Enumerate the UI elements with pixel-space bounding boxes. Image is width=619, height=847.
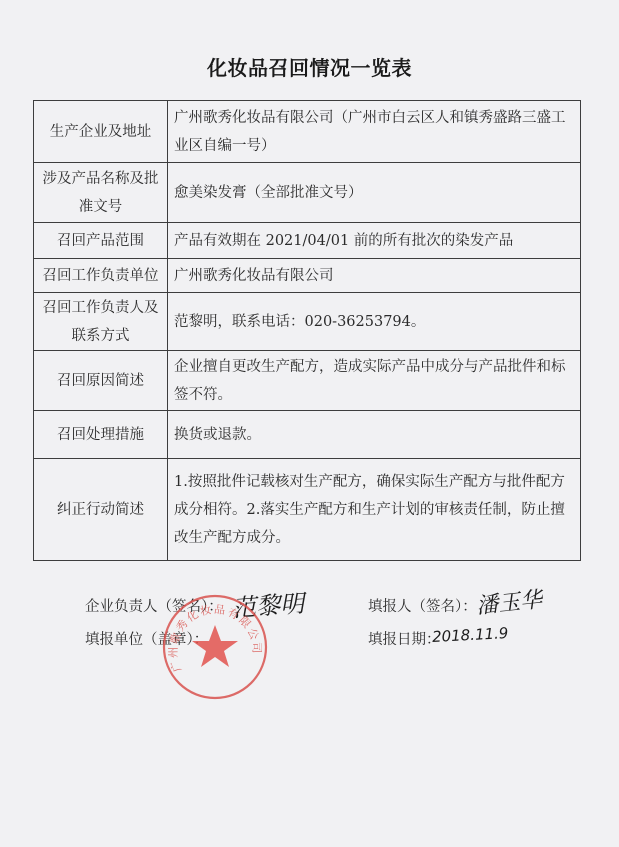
row-value: 愈美染发膏（全部批准文号） bbox=[168, 163, 581, 223]
row-value: 企业擅自更改生产配方，造成实际产品中成分与产品批件和标签不符。 bbox=[168, 351, 581, 411]
row-label: 召回工作负责人及联系方式 bbox=[34, 293, 168, 351]
star-icon bbox=[192, 625, 238, 667]
row-label: 纠正行动简述 bbox=[34, 459, 168, 561]
table-row: 生产企业及地址 广州歌秀化妆品有限公司（广州市白云区人和镇秀盛路三盛工业区自编一… bbox=[34, 101, 581, 163]
date-value: 2018.11.9 bbox=[432, 624, 509, 646]
table-row: 召回处理措施 换货或退款。 bbox=[34, 411, 581, 459]
filler-label: 填报人（签名）： bbox=[368, 595, 477, 616]
filler-signature: 潘玉华 bbox=[475, 583, 544, 621]
row-value: 广州歌秀化妆品有限公司（广州市白云区人和镇秀盛路三盛工业区自编一号） bbox=[168, 101, 581, 163]
row-label: 召回产品范围 bbox=[34, 223, 168, 259]
table-row: 召回原因简述 企业擅自更改生产配方，造成实际产品中成分与产品批件和标签不符。 bbox=[34, 351, 581, 411]
table-row: 召回产品范围 产品有效期在 2021/04/01 前的所有批次的染发产品 bbox=[34, 223, 581, 259]
row-label: 涉及产品名称及批准文号 bbox=[34, 163, 168, 223]
recall-table: 生产企业及地址 广州歌秀化妆品有限公司（广州市白云区人和镇秀盛路三盛工业区自编一… bbox=[33, 100, 581, 561]
document-title: 化妆品召回情况一览表 bbox=[0, 52, 619, 81]
table-row: 涉及产品名称及批准文号 愈美染发膏（全部批准文号） bbox=[34, 163, 581, 223]
row-value: 广州歌秀化妆品有限公司 bbox=[168, 259, 581, 293]
table-row: 纠正行动简述 1.按照批件记载核对生产配方，确保实际生产配方与批件配方成分相符。… bbox=[34, 459, 581, 561]
row-value: 范黎明，联系电话：020-36253794。 bbox=[168, 293, 581, 351]
row-label: 召回处理措施 bbox=[34, 411, 168, 459]
table-row: 召回工作负责单位 广州歌秀化妆品有限公司 bbox=[34, 259, 581, 293]
company-seal: 广州歌秀化妆品有限公司 bbox=[160, 592, 270, 702]
row-label: 召回工作负责单位 bbox=[34, 259, 168, 293]
date-label: 填报日期： bbox=[368, 628, 441, 649]
row-value: 产品有效期在 2021/04/01 前的所有批次的染发产品 bbox=[168, 223, 581, 259]
row-value: 1.按照批件记载核对生产配方，确保实际生产配方与批件配方成分相符。2.落实生产配… bbox=[168, 459, 581, 561]
row-value: 换货或退款。 bbox=[168, 411, 581, 459]
table-row: 召回工作负责人及联系方式 范黎明，联系电话：020-36253794。 bbox=[34, 293, 581, 351]
row-label: 生产企业及地址 bbox=[34, 101, 168, 163]
row-label: 召回原因简述 bbox=[34, 351, 168, 411]
